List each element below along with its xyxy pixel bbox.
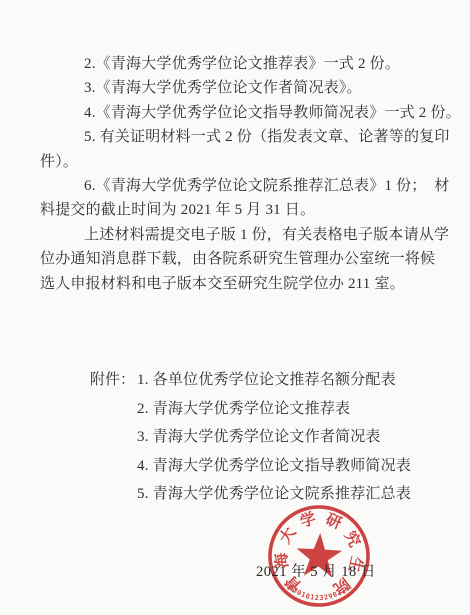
body-line: 5. 有关证明材料一式 2 份（指发表文章、论著等的复印 xyxy=(40,125,440,149)
scanned-document-page: 2.《青海大学优秀学位论文推荐表》一式 2 份。 3.《青海大学优秀学位论文作者… xyxy=(0,0,470,615)
body-line: 上述材料需提交电子版 1 份，有关表格电子版本请从学 xyxy=(40,223,440,247)
body-line: 位办通知消息群下载，由各院系研究生管理办公室统一将候 xyxy=(40,247,440,271)
body-line: 4.《青海大学优秀学位论文指导教师简况表》一式 2 份。 xyxy=(40,101,440,125)
official-seal: 青海大学研究生院6301012329021 xyxy=(260,497,378,615)
document-date: 2021 年 5 月 18 日 xyxy=(256,560,376,581)
attachment-list: 附件： 1. 各单位优秀学位论文推荐名额分配表 2. 青海大学优秀学位论文推荐表… xyxy=(90,366,411,509)
attachment-item: 2. 青海大学优秀学位论文推荐表 xyxy=(137,395,411,424)
attachment-item: 1. 各单位优秀学位论文推荐名额分配表 xyxy=(137,366,411,395)
body-line: 6.《青海大学优秀学位论文院系推荐汇总表》1 份； 材 xyxy=(40,174,440,198)
body-line: 料提交的截止时间为 2021 年 5 月 31 日。 xyxy=(40,198,440,222)
attachment-label: 附件： xyxy=(90,366,135,395)
attachment-item: 4. 青海大学优秀学位论文指导教师简况表 xyxy=(137,452,411,481)
body-line: 件）。 xyxy=(40,150,440,174)
body-line: 选人申报材料和电子版本交至研究生院学位办 211 室。 xyxy=(40,272,440,296)
document-body: 2.《青海大学优秀学位论文推荐表》一式 2 份。 3.《青海大学优秀学位论文作者… xyxy=(40,52,440,296)
attachment-item: 3. 青海大学优秀学位论文作者简况表 xyxy=(137,423,411,452)
body-line: 3.《青海大学优秀学位论文作者简况表》。 xyxy=(40,76,440,100)
body-line: 2.《青海大学优秀学位论文推荐表》一式 2 份。 xyxy=(40,52,440,76)
attachment-items: 1. 各单位优秀学位论文推荐名额分配表 2. 青海大学优秀学位论文推荐表 3. … xyxy=(137,366,411,509)
